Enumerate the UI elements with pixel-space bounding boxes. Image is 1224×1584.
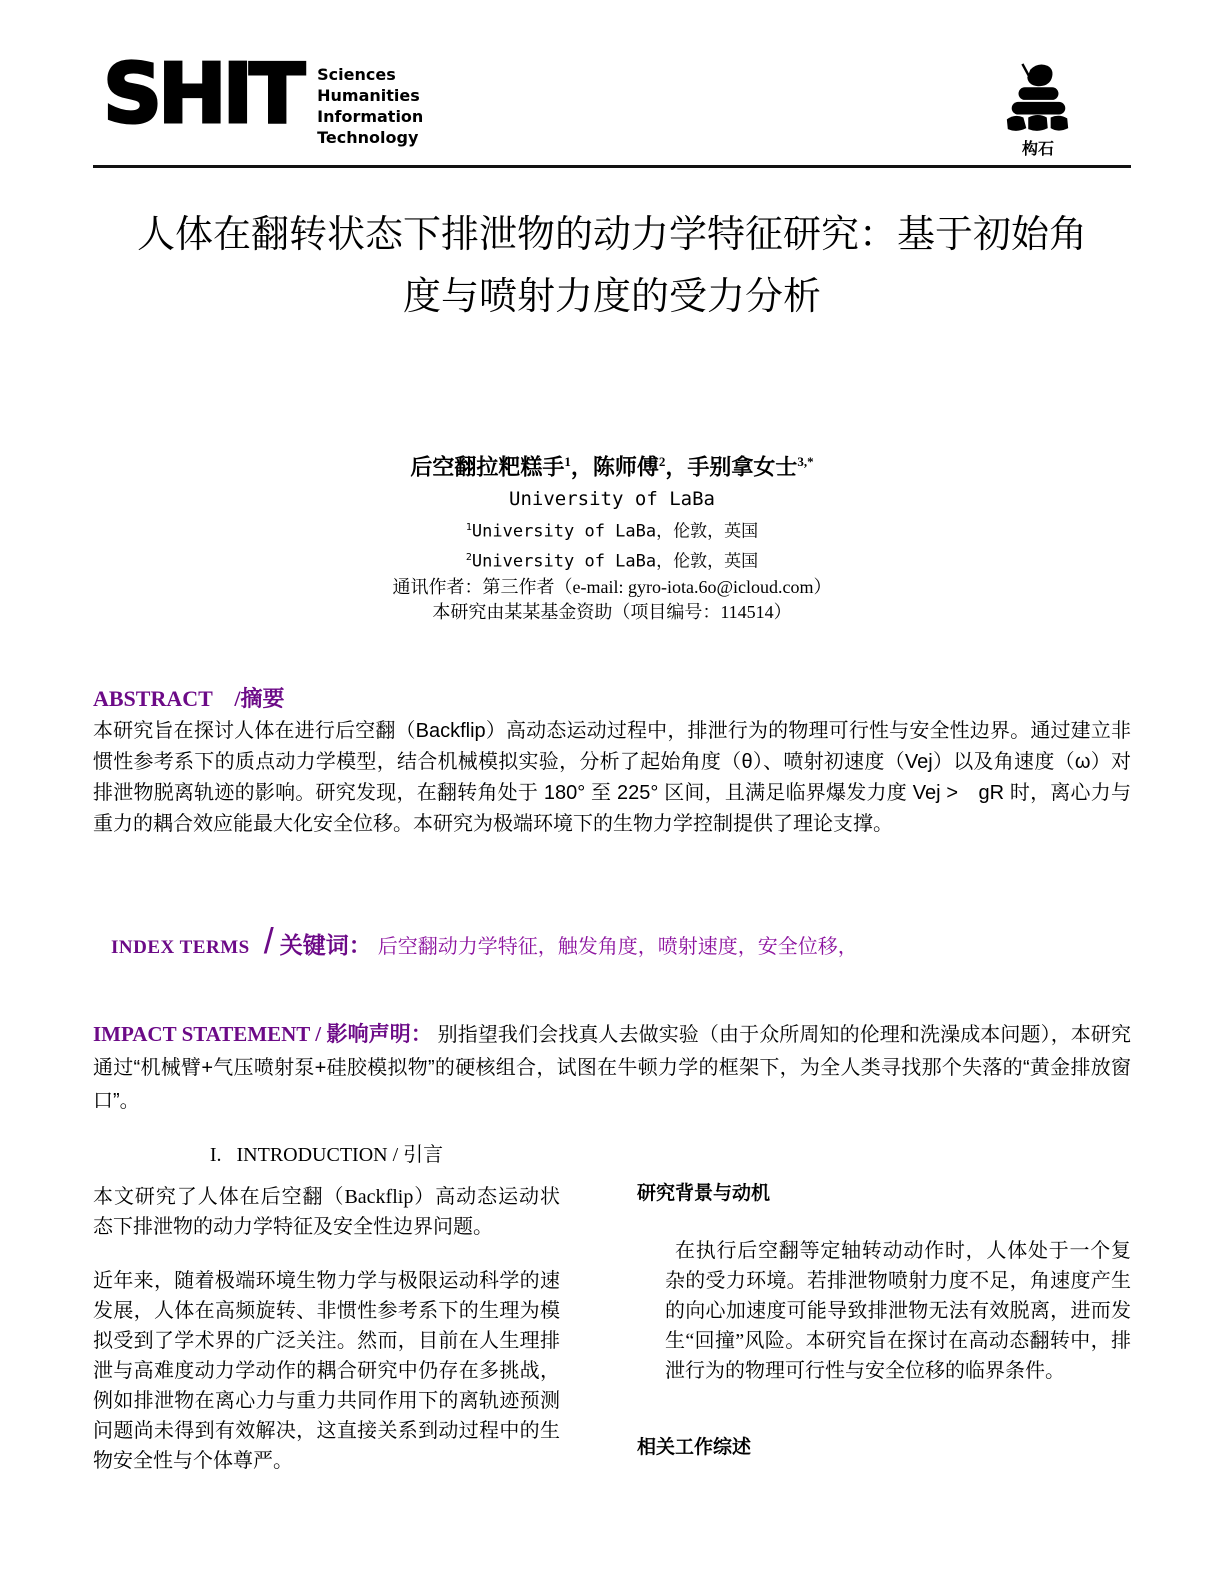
- intro-paragraph-1: 本文研究了人体在后空翻（Backflip）高动态运动状态下排泄物的动力学特征及安…: [93, 1182, 560, 1242]
- index-terms-slash: /: [264, 920, 274, 962]
- affiliation-line: 2University of LaBa，伦敦，英国: [93, 545, 1131, 575]
- author-name: 后空翻拉粑糕手: [410, 454, 564, 479]
- abstract-text: 本研究旨在探讨人体在进行后空翻（Backflip）高动态运动过程中，排泄行为的物…: [93, 716, 1131, 840]
- rock-pile-icon: [999, 60, 1077, 134]
- author-name: 陈师傅: [593, 454, 659, 479]
- publisher-logo: 构石: [993, 60, 1083, 159]
- left-column: 本文研究了人体在后空翻（Backflip）高动态运动状态下排泄物的动力学特征及安…: [93, 1182, 560, 1476]
- authors-block: 后空翻拉粑糕手1，陈师傅2，手别拿女士3,* University of LaB…: [93, 446, 1131, 625]
- keywords-text: 后空翻动力学特征，触发角度，喷射速度，安全位移，: [378, 930, 858, 959]
- author-separator: ，: [571, 454, 593, 479]
- column-gap: [560, 1182, 637, 1476]
- correspondence-line: 通讯作者：第三作者（e-mail: gyro-iota.6o@icloud.co…: [93, 575, 1131, 600]
- intro-paragraph-2: 近年来，随着极端环境生物力学与极限运动科学的速发展，人体在高频旋转、非惯性参考系…: [93, 1266, 560, 1476]
- abstract-heading: ABSTRACT /摘要: [93, 685, 1131, 713]
- two-column-body: 本文研究了人体在后空翻（Backflip）高动态运动状态下排泄物的动力学特征及安…: [93, 1182, 1131, 1476]
- affiliation-text: University of LaBa，伦敦，英国: [472, 522, 758, 542]
- author-affiliation-mark: 3,*: [797, 454, 813, 469]
- masthead: SHIT Sciences Humanities Information Tec…: [93, 56, 1131, 159]
- logo-sub-line: Sciences: [317, 64, 423, 85]
- logo-sub-line: Humanities: [317, 85, 423, 106]
- impact-statement-section: IMPACT STATEMENT / 影响声明： 别指望我们会找真人去做实验（由…: [93, 1018, 1131, 1118]
- journal-logo: SHIT Sciences Humanities Information Tec…: [93, 56, 423, 148]
- index-terms-section: INDEX TERMS / 关键词： 后空翻动力学特征，触发角度，喷射速度，安全…: [93, 920, 1131, 962]
- funding-line: 本研究由某某基金资助（项目编号：114514）: [93, 600, 1131, 625]
- author-separator: ，: [665, 454, 687, 479]
- related-work-heading: 相关工作综述: [637, 1436, 1131, 1460]
- affiliation-text: University of LaBa，伦敦，英国: [472, 552, 758, 572]
- index-terms-label-en: INDEX TERMS: [111, 937, 250, 959]
- right-column: 研究背景与动机 在执行后空翻等定轴转动动作时，人体处于一个复杂的受力环境。若排泄…: [637, 1182, 1131, 1476]
- logo-sub-line: Information: [317, 106, 423, 127]
- background-heading: 研究背景与动机: [637, 1182, 1131, 1206]
- publisher-logo-label: 构石: [993, 136, 1083, 159]
- introduction-heading: I. INTRODUCTION / 引言: [93, 1142, 560, 1168]
- shit-logotype: SHIT: [103, 56, 301, 148]
- author-names-line: 后空翻拉粑糕手1，陈师傅2，手别拿女士3,*: [93, 446, 1131, 483]
- abstract-section: ABSTRACT /摘要 本研究旨在探讨人体在进行后空翻（Backflip）高动…: [93, 685, 1131, 840]
- author-name: 手别拿女士: [687, 454, 797, 479]
- background-paragraph: 在执行后空翻等定轴转动动作时，人体处于一个复杂的受力环境。若排泄物喷射力度不足，…: [637, 1236, 1131, 1386]
- header-divider: [93, 165, 1131, 168]
- impact-statement-label: IMPACT STATEMENT / 影响声明：: [93, 1022, 432, 1046]
- university-line: University of LaBa: [93, 483, 1131, 515]
- paper-title: 人体在翻转状态下排泄物的动力学特征研究：基于初始角度与喷射力度的受力分析: [136, 204, 1088, 328]
- journal-logo-subtitle: Sciences Humanities Information Technolo…: [317, 64, 423, 148]
- logo-sub-line: Technology: [317, 127, 423, 148]
- paper-page: SHIT Sciences Humanities Information Tec…: [93, 0, 1131, 1476]
- index-terms-label-zh: 关键词：: [280, 927, 372, 960]
- affiliation-line: 1University of LaBa，伦敦，英国: [93, 515, 1131, 545]
